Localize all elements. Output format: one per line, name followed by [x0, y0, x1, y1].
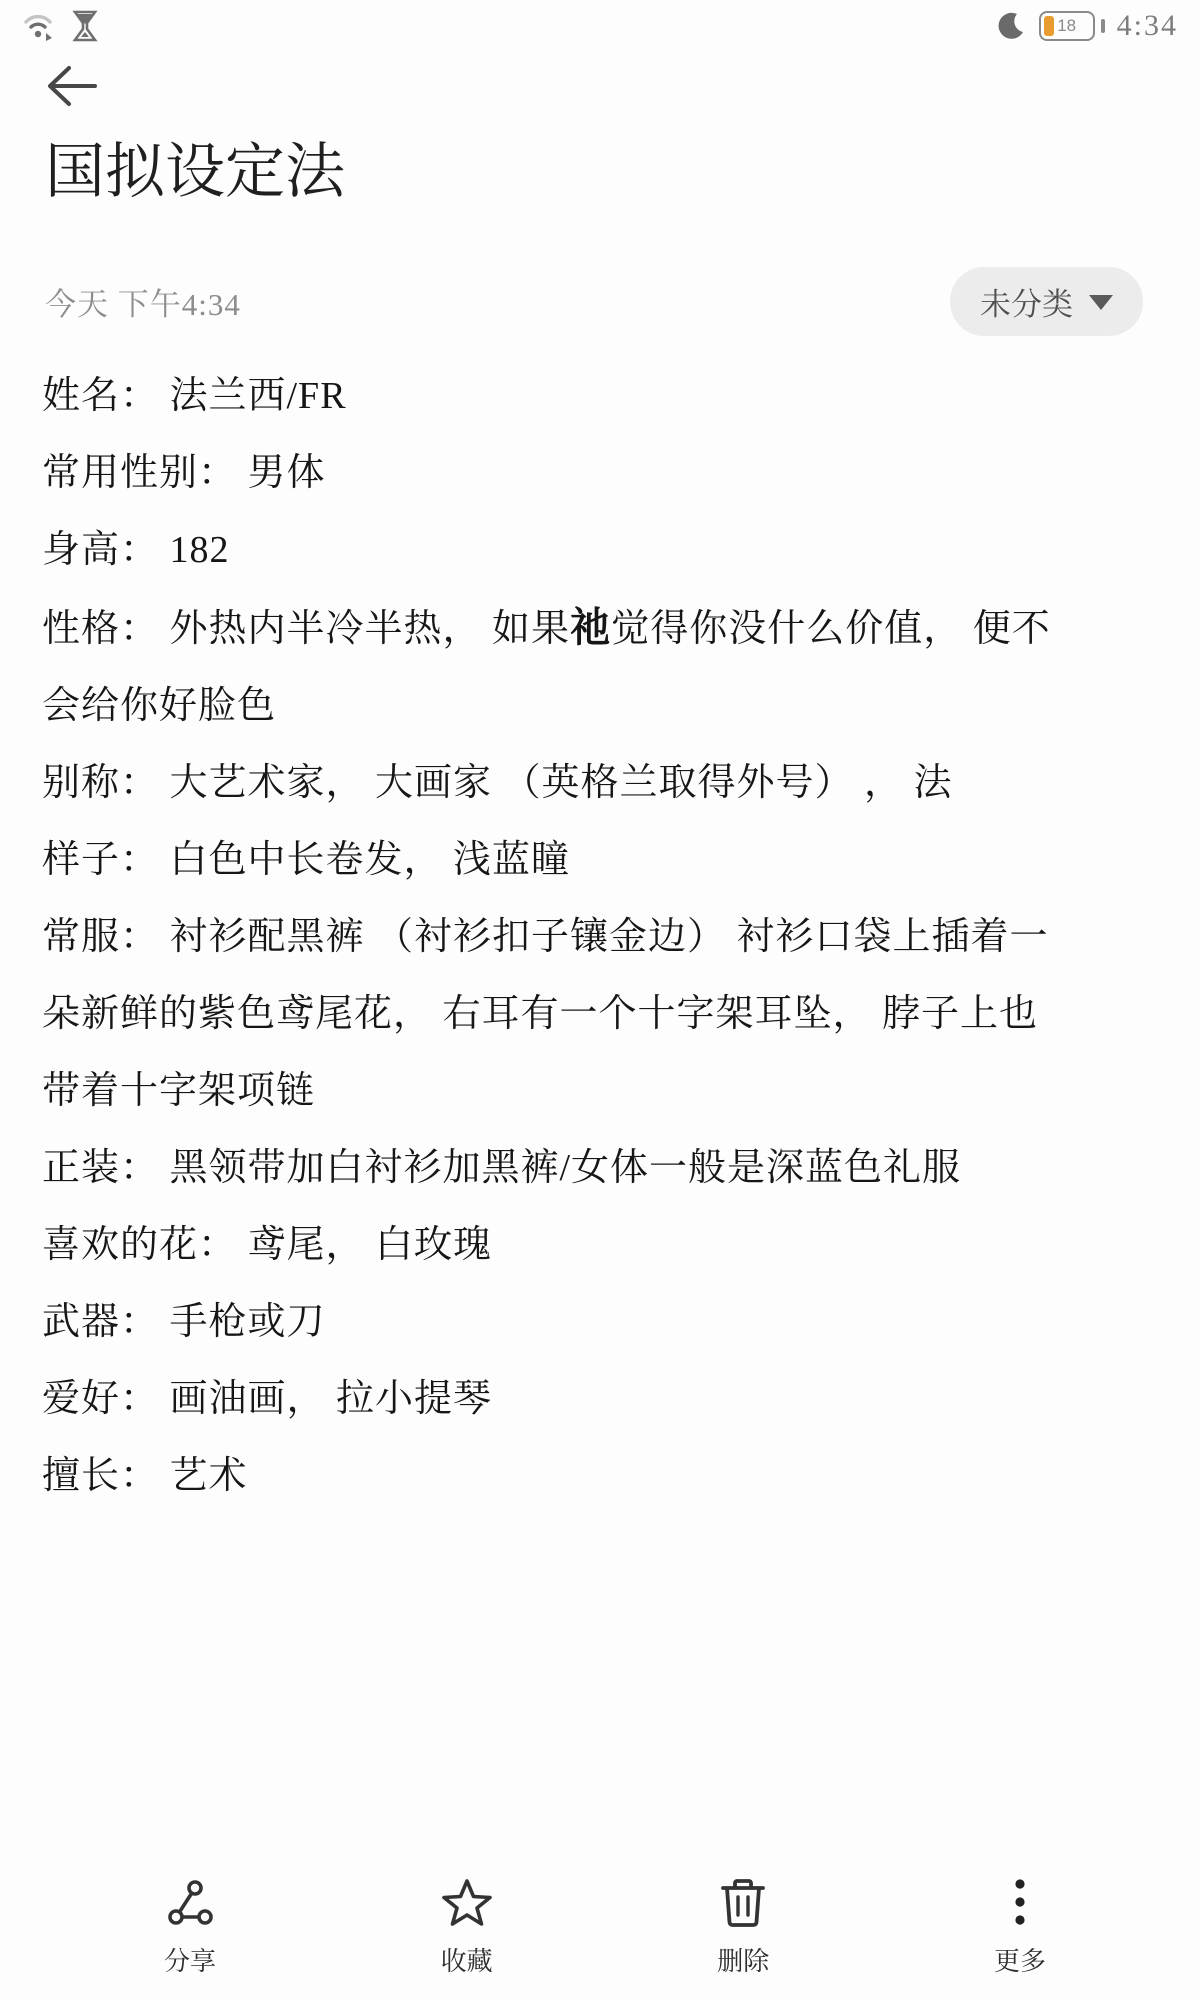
note-line: 武器： 手枪或刀 — [42, 1284, 1150, 1361]
favorite-label: 收藏 — [441, 1941, 493, 1978]
more-button[interactable]: 更多 — [960, 1875, 1080, 1978]
delete-button[interactable]: 删除 — [683, 1875, 803, 1978]
status-bar: 18 4:34 — [0, 0, 1200, 46]
note-body[interactable]: 姓名： 法兰西/FR常用性别： 男体身高： 182性格： 外热内半冷半热， 如果… — [42, 358, 1150, 1515]
note-line: 正装： 黑领带加白衬衫加黑裤/女体一般是深蓝色礼服 — [42, 1130, 1150, 1207]
note-line: 爱好： 画油画， 拉小提琴 — [42, 1361, 1150, 1438]
battery-percent: 18 — [1057, 16, 1076, 36]
note-line: 喜欢的花： 鸢尾， 白玫瑰 — [42, 1207, 1150, 1284]
status-bar-right: 18 4:34 — [995, 9, 1178, 43]
status-bar-left — [22, 10, 98, 42]
note-line: 会给你好脸色 — [42, 668, 1150, 745]
note-line: 别称： 大艺术家， 大画家 （英格兰取得外号） ， 法 — [42, 745, 1150, 822]
category-label: 未分类 — [980, 279, 1073, 324]
note-line: 常服： 衬衫配黑裤 （衬衫扣子镶金边） 衬衫口袋上插着一 — [42, 899, 1150, 976]
share-icon — [165, 1875, 215, 1929]
note-date: 今天 下午4:34 — [45, 279, 241, 324]
trash-icon — [719, 1875, 767, 1929]
date-row: 今天 下午4:34 未分类 — [45, 268, 1143, 334]
more-icon — [1013, 1875, 1027, 1929]
clock-time: 4:34 — [1117, 9, 1178, 43]
wifi-icon — [22, 10, 58, 42]
note-line: 常用性别： 男体 — [42, 435, 1150, 512]
note-line: 身高： 182 — [42, 512, 1150, 589]
battery-cap — [1101, 19, 1105, 33]
share-label: 分享 — [164, 1941, 216, 1978]
back-arrow-icon — [45, 62, 99, 110]
bottom-toolbar: 分享 收藏 删除 更多 — [0, 1854, 1200, 1984]
battery-fill — [1044, 16, 1054, 36]
note-line: 朵新鲜的紫色鸢尾花， 右耳有一个十字架耳坠， 脖子上也 — [42, 976, 1150, 1053]
star-icon — [440, 1875, 494, 1929]
note-line: 姓名： 法兰西/FR — [42, 358, 1150, 435]
note-title[interactable]: 国拟设定法 — [45, 136, 1140, 208]
hourglass-icon — [72, 10, 98, 42]
more-label: 更多 — [994, 1941, 1046, 1978]
share-button[interactable]: 分享 — [130, 1875, 250, 1978]
back-button[interactable] — [44, 58, 100, 114]
note-line: 样子： 白色中长卷发， 浅蓝瞳 — [42, 822, 1150, 899]
chevron-down-icon — [1089, 295, 1113, 310]
favorite-button[interactable]: 收藏 — [407, 1875, 527, 1978]
note-line: 性格： 外热内半冷半热， 如果祂觉得你没什么价值， 便不 — [42, 589, 1150, 668]
category-pill[interactable]: 未分类 — [950, 267, 1143, 336]
moon-icon — [995, 10, 1027, 42]
battery-icon: 18 — [1039, 11, 1095, 41]
delete-label: 删除 — [717, 1941, 769, 1978]
note-line: 擅长： 艺术 — [42, 1438, 1150, 1515]
note-line: 带着十字架项链 — [42, 1053, 1150, 1130]
